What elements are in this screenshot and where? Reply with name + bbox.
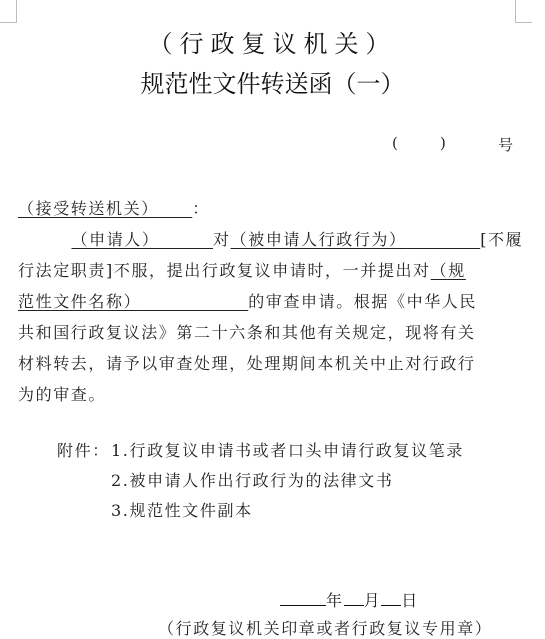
applicant-placeholder: （申请人） — [72, 230, 214, 249]
doc-number-suffix: 号 — [498, 134, 513, 155]
body-line-2: 行法定职责]不服，提出行政复议申请时，一并提出对（规 — [18, 258, 466, 281]
body-line-5: 材料转去，请予以审查处理，处理期间本机关中止对行政行 — [18, 351, 476, 374]
addressee-placeholder: （接受转送机关） — [18, 199, 192, 218]
date-line: 年月日 — [280, 588, 419, 611]
body-line-1: （申请人） 对（被申请人行政行为） [不履 — [18, 227, 523, 250]
body-line-3: 范性文件名称） 的审查申请。根据《中华人民 — [18, 289, 477, 312]
month-label: 月 — [364, 591, 382, 610]
attachment-item-1: 1.行政复议申请书或者口头申请行政复议笔录 — [111, 438, 464, 461]
title-issuing-authority: （行政复议机关） — [0, 24, 545, 59]
page-corner-mark-left — [0, 0, 17, 23]
attachment-item-2: 2.被申请人作出行政行为的法律文书 — [111, 468, 393, 491]
doc-name-placeholder-part1: （规 — [431, 261, 466, 280]
day-label: 日 — [401, 591, 419, 610]
text-line1-end: [不履 — [480, 230, 523, 249]
document-title: 规范性文件转送函（一） — [0, 64, 545, 99]
day-blank — [381, 591, 401, 606]
attachment-item-3: 3.规范性文件副本 — [111, 498, 253, 521]
addressee-colon: ： — [192, 199, 210, 218]
doc-number-open: ( — [392, 134, 398, 152]
month-blank — [344, 591, 364, 606]
doc-name-placeholder-part2: 范性文件名称） — [18, 292, 248, 311]
page-corner-mark-right — [515, 0, 532, 23]
attachments-label: 附件： — [57, 438, 110, 461]
text-line2: 行法定职责]不服，提出行政复议申请时，一并提出对 — [18, 261, 431, 280]
year-blank — [280, 591, 326, 606]
year-label: 年 — [326, 591, 344, 610]
respondent-act-placeholder: （被申请人行政行为） — [231, 230, 481, 249]
text-dui: 对 — [213, 230, 231, 249]
body-line-6: 为的审查。 — [18, 382, 106, 405]
text-line3-end: 的审查申请。根据《中华人民 — [248, 292, 477, 311]
doc-number-close: ) — [440, 134, 446, 152]
seal-note: （行政复议机关印章或者行政复议专用章） — [158, 616, 492, 639]
body-line-4: 共和国行政复议法》第二十六条和其他有关规定，现将有关 — [18, 320, 476, 343]
addressee-line: （接受转送机关） ： — [18, 196, 210, 219]
